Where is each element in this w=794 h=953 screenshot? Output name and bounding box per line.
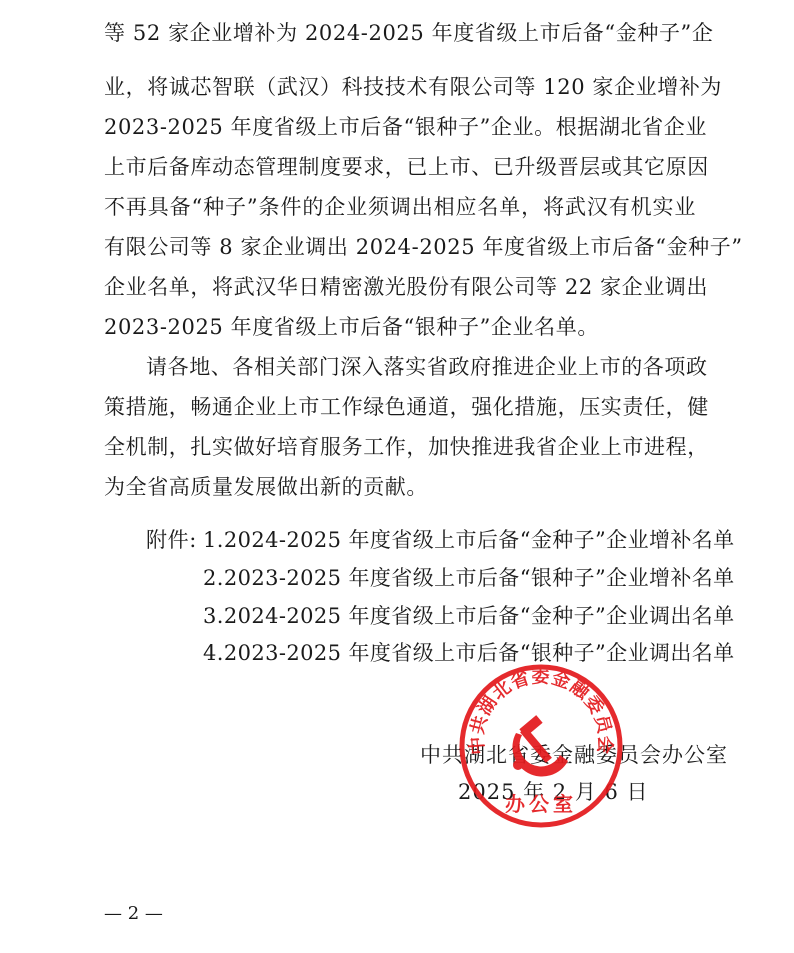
document-page: 等 52 家企业增补为 2024-2025 年度省级上市后备“金种子”企 业，将… [0,0,794,953]
text-line: 请各地、各相关部门深入落实省政府推进企业上市的各项政 [146,352,696,382]
stamp-outer-text: 中共湖北省委金融委员会 [466,666,617,756]
text-line: 等 52 家企业增补为 2024-2025 年度省级上市后备“金种子”企 [104,18,696,48]
hammer-sickle-icon [512,715,568,776]
text-line: 2023-2025 年度省级上市后备“银种子”企业。根据湖北省企业 [104,112,696,142]
attachments-label: 附件: [146,525,197,555]
page-number: — 2 — [104,902,163,926]
text-line: 全机制，扎实做好培育服务工作，加快推进我省企业上市进程， [104,432,696,462]
text-line: 为全省高质量发展做出新的贡献。 [104,472,696,502]
stamp-bottom-text: 办公室 [505,792,577,816]
text-line: 有限公司等 8 家企业调出 2024-2025 年度省级上市后备“金种子” [104,232,696,262]
text-line: 2023-2025 年度省级上市后备“银种子”企业名单。 [104,312,696,342]
attachment-item: 1.2024-2025 年度省级上市后备“金种子”企业增补名单 [203,525,735,555]
text-line: 上市后备库动态管理制度要求，已上市、已升级晋层或其它原因 [104,152,696,182]
svg-text:中共湖北省委金融委员会: 中共湖北省委金融委员会 [466,666,617,756]
attachment-item: 3.2024-2025 年度省级上市后备“金种子”企业调出名单 [203,601,735,631]
attachment-item: 2.2023-2025 年度省级上市后备“银种子”企业增补名单 [203,563,735,593]
official-seal-stamp-icon: 中共湖北省委金融委员会 办公室 [458,663,624,829]
text-line: 策措施，畅通企业上市工作绿色通道，强化措施，压实责任，健 [104,392,696,422]
text-line: 业，将诚芯智联（武汉）科技技术有限公司等 120 家企业增补为 [104,72,696,102]
text-line: 不再具备“种子”条件的企业须调出相应名单，将武汉有机实业 [104,192,696,222]
text-line: 企业名单，将武汉华日精密激光股份有限公司等 22 家企业调出 [104,272,696,302]
